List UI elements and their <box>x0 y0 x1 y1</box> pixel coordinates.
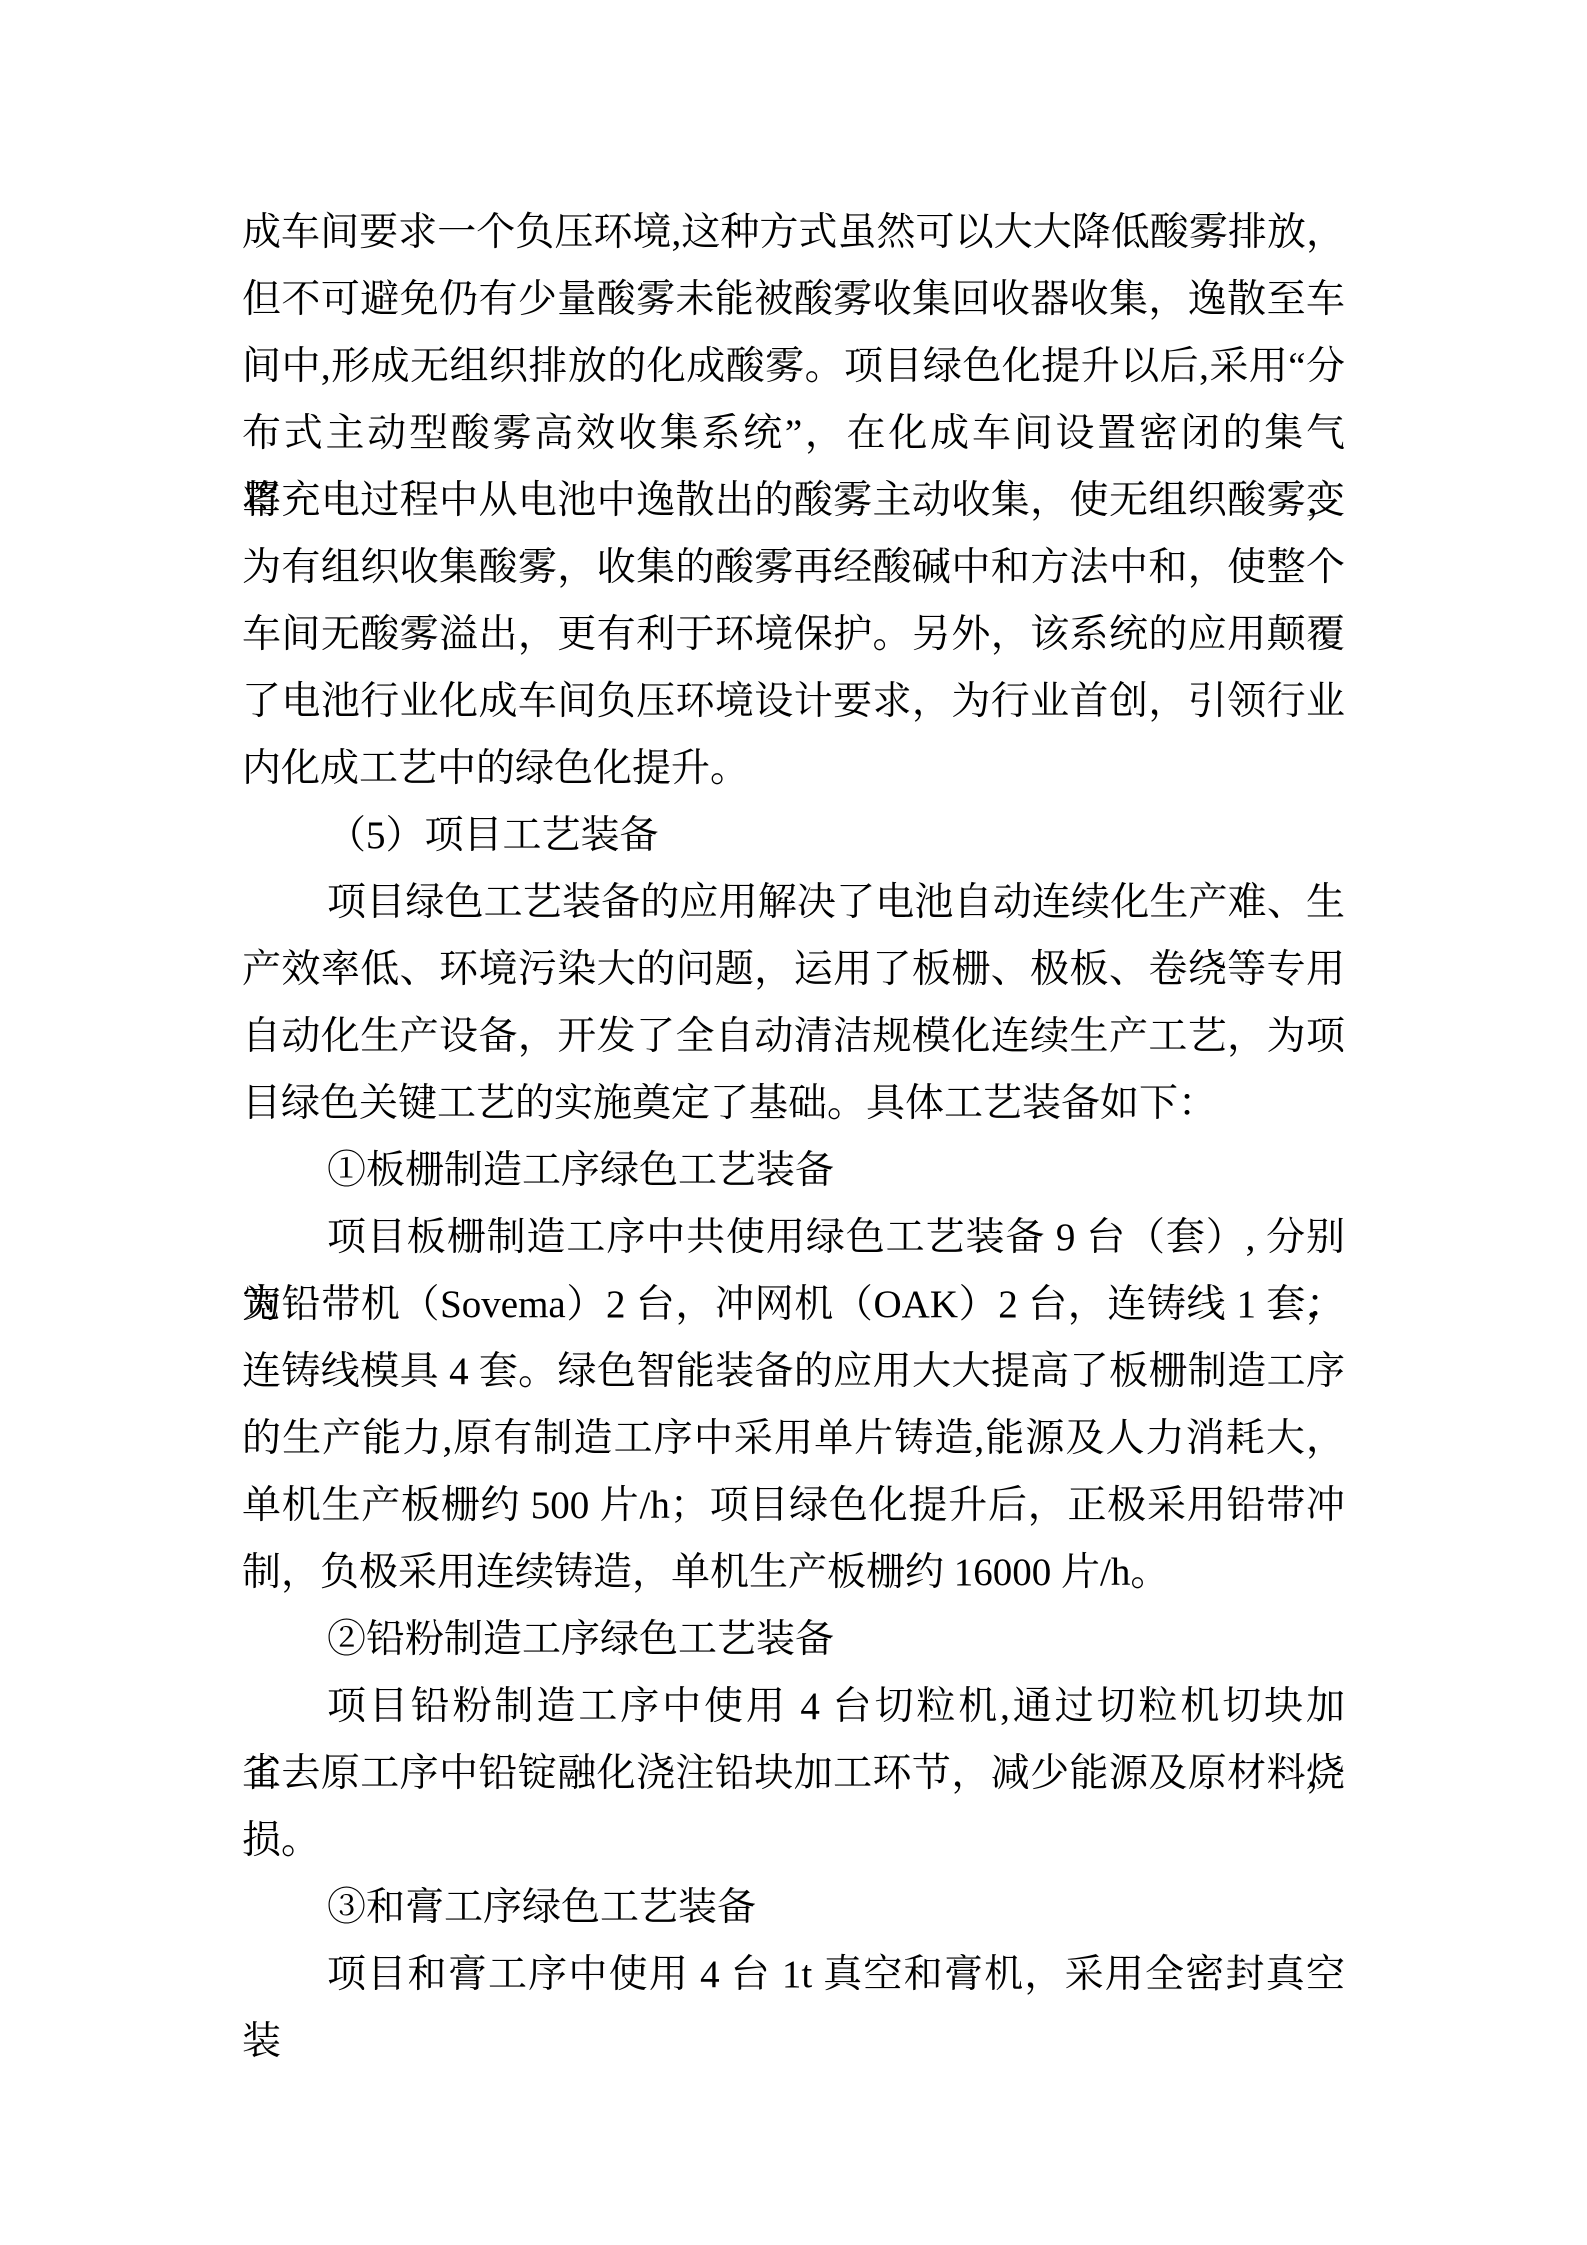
text-line: 为有组织收集酸雾，收集的酸雾再经酸碱中和方法中和，使整个 <box>242 534 1345 601</box>
text-line: 项目铅粉制造工序中使用 4 台切粒机,通过切粒机切块加工， <box>242 1673 1345 1740</box>
text-line: ②铅粉制造工序绿色工艺装备 <box>242 1606 1345 1673</box>
text-line: 间中,形成无组织排放的化成酸雾。项目绿色化提升以后,采用“分 <box>242 333 1345 400</box>
text-line: 制，负极采用连续铸造，单机生产板栅约 16000 片/h。 <box>242 1539 1345 1606</box>
text-line: 产效率低、环境污染大的问题，运用了板栅、极板、卷绕等专用 <box>242 936 1345 1003</box>
text-line: ①板栅制造工序绿色工艺装备 <box>242 1137 1345 1204</box>
text-line: 了电池行业化成车间负压环境设计要求，为行业首创，引领行业 <box>242 668 1345 735</box>
text-line: 项目板栅制造工序中共使用绿色工艺装备 9 台（套）, 分别为： <box>242 1204 1345 1271</box>
text-line: 目绿色关键工艺的实施奠定了基础。具体工艺装备如下： <box>242 1070 1345 1137</box>
text-line: 项目和膏工序中使用 4 台 1t 真空和膏机，采用全密封真空装 <box>242 1941 1345 2008</box>
text-line: 项目绿色工艺装备的应用解决了电池自动连续化生产难、生 <box>242 869 1345 936</box>
text-line: 车间无酸雾溢出，更有利于环境保护。另外，该系统的应用颠覆 <box>242 601 1345 668</box>
text-line: 自动化生产设备，开发了全自动清洁规模化连续生产工艺，为项 <box>242 1003 1345 1070</box>
text-line: 宽铅带机（Sovema）2 台，冲网机（OAK）2 台，连铸线 1 套， <box>242 1271 1345 1338</box>
text-line: 省去原工序中铅锭融化浇注铅块加工环节，减少能源及原材料烧 <box>242 1740 1345 1807</box>
text-block: 成车间要求一个负压环境,这种方式虽然可以大大降低酸雾排放，但不可避免仍有少量酸雾… <box>242 199 1345 2008</box>
text-line: 连铸线模具 4 套。绿色智能装备的应用大大提高了板栅制造工序 <box>242 1338 1345 1405</box>
text-line: 成车间要求一个负压环境,这种方式虽然可以大大降低酸雾排放， <box>242 199 1345 266</box>
text-line: 内化成工艺中的绿色化提升。 <box>242 735 1345 802</box>
text-line: 单机生产板栅约 500 片/h；项目绿色化提升后，正极采用铅带冲 <box>242 1472 1345 1539</box>
text-line: 损。 <box>242 1807 1345 1874</box>
text-line: ③和膏工序绿色工艺装备 <box>242 1874 1345 1941</box>
document-page: 成车间要求一个负压环境,这种方式虽然可以大大降低酸雾排放，但不可避免仍有少量酸雾… <box>0 0 1587 2245</box>
text-line: 布式主动型酸雾高效收集系统”，在化成车间设置密闭的集气罩， <box>242 400 1345 467</box>
text-line: 的生产能力,原有制造工序中采用单片铸造,能源及人力消耗大， <box>242 1405 1345 1472</box>
text-line: （5）项目工艺装备 <box>242 802 1345 869</box>
text-line: 将充电过程中从电池中逸散出的酸雾主动收集，使无组织酸雾变 <box>242 467 1345 534</box>
text-line: 但不可避免仍有少量酸雾未能被酸雾收集回收器收集，逸散至车 <box>242 266 1345 333</box>
